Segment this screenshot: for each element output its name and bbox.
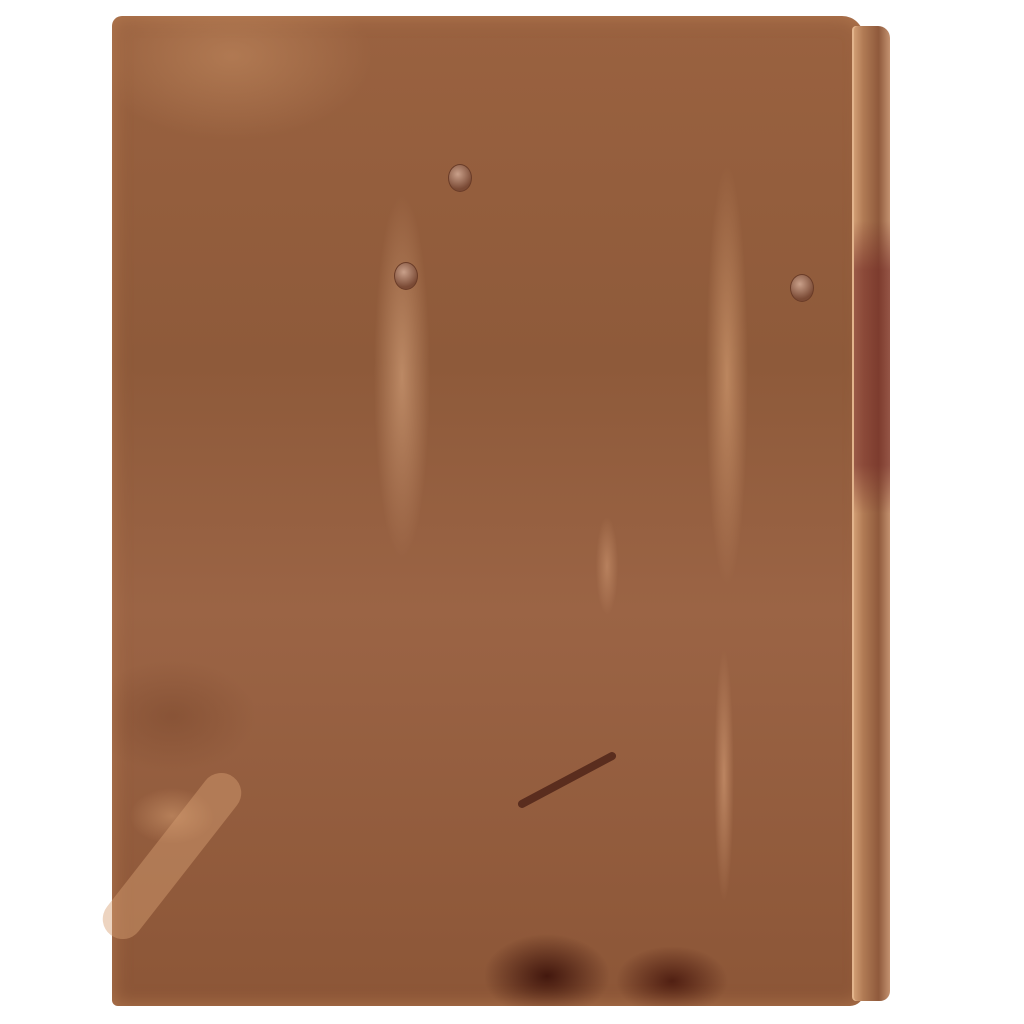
rivet (394, 262, 418, 290)
rivet (790, 274, 814, 302)
worn-scuff-mark (95, 765, 250, 947)
book-spine-edge (852, 26, 890, 1001)
rivet (448, 164, 472, 192)
book (112, 16, 892, 1008)
book-cover (112, 16, 864, 1006)
dark-drip-stain (517, 751, 618, 810)
